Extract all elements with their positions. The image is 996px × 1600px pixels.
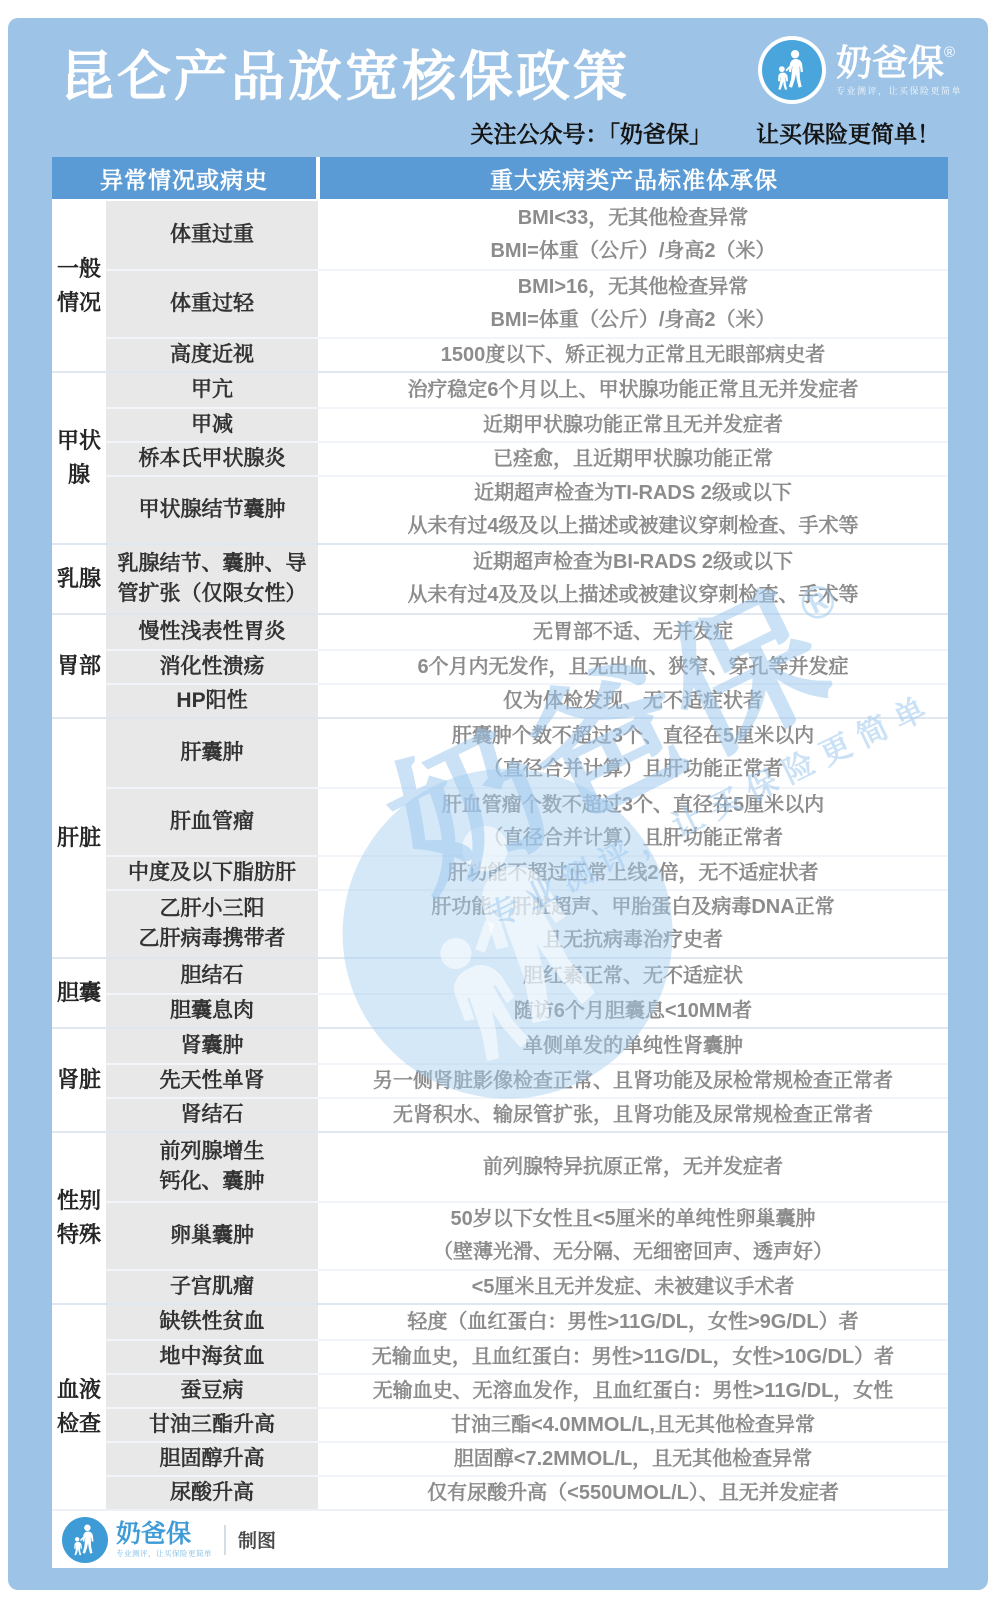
condition-line: 甲状腺结节囊肿: [139, 495, 286, 525]
table-row: 高度近视1500度以下、矫正视力正常且无眼部病史者: [106, 337, 948, 371]
table-row: 桥本氏甲状腺炎已痊愈，且近期甲状腺功能正常: [106, 441, 948, 475]
criteria-cell: 肝功能不超过正常上线2倍，无不适症状者: [318, 857, 948, 889]
criteria-line: 仅有尿酸升高（<550UMOL/L）、且无并发症者: [427, 1477, 839, 1510]
group-label: 甲状腺: [52, 373, 106, 543]
table-row: 乳腺结节、囊肿、导管扩张（仅限女性）近期超声检查为BI-RADS 2级或以下从未…: [106, 545, 948, 613]
criteria-cell: 胆红素正常、无不适症状: [318, 959, 948, 993]
condition-cell: 中度及以下脂肪肝: [106, 857, 318, 889]
criteria-line: 6个月内无发作，且无出血、狭窄、穿孔等并发症: [417, 651, 848, 684]
condition-line: 高度近视: [170, 340, 254, 370]
criteria-cell: 仅为体检发现、无不适症状者: [318, 685, 948, 717]
footer-dad-child-icon: [62, 1517, 108, 1563]
table-header-row: 异常情况或病史 重大疾病类产品标准体承保: [52, 157, 948, 199]
condition-cell: 高度近视: [106, 339, 318, 371]
condition-line: 卵巢囊肿: [170, 1221, 254, 1251]
condition-cell: 前列腺增生钙化、囊肿: [106, 1133, 318, 1201]
table-row: 前列腺增生钙化、囊肿前列腺特异抗原正常，无并发症者: [106, 1133, 948, 1201]
table-row: 慢性浅表性胃炎无胃部不适、无并发症: [106, 615, 948, 649]
table-row: 胆固醇升高胆固醇<7.2MMOL/L，且无其他检查异常: [106, 1441, 948, 1475]
condition-cell: 胆固醇升高: [106, 1443, 318, 1475]
registered-mark: ®: [944, 44, 955, 61]
condition-cell: 桥本氏甲状腺炎: [106, 443, 318, 475]
condition-cell: 甲减: [106, 409, 318, 441]
criteria-cell: 轻度（血红蛋白：男性>11G/DL，女性>9G/DL）者: [318, 1305, 948, 1339]
subtitle-prefix: 关注公众号：「奶爸保」: [471, 116, 713, 149]
footer-brand-name: 奶爸保: [116, 1521, 212, 1547]
condition-line: 肝血管瘤: [170, 807, 254, 837]
criteria-line: 已痊愈，且近期甲状腺功能正常: [493, 443, 773, 476]
table-row: 胆囊息肉随访6个月胆囊息<10MM者: [106, 993, 948, 1027]
condition-line: 甲减: [191, 410, 233, 440]
condition-line: 尿酸升高: [170, 1478, 254, 1508]
criteria-line: 无胃部不适、无并发症: [533, 616, 733, 649]
page-title: 昆仑产品放宽核保政策: [60, 34, 630, 111]
criteria-cell: <5厘米且无并发症、未被建议手术者: [318, 1271, 948, 1303]
criteria-line: 单侧单发的单纯性肾囊肿: [523, 1030, 743, 1063]
table-panel: 异常情况或病史 重大疾病类产品标准体承保 一般情况体重过重BMI<33，无其他检…: [52, 157, 948, 1568]
condition-line: 地中海贫血: [160, 1342, 265, 1372]
condition-line: 中度及以下脂肪肝: [128, 858, 296, 888]
table-row: 肾结石无肾积水、输尿管扩张，且肾功能及尿常规检查正常者: [106, 1097, 948, 1131]
criteria-line: BMI<33，无其他检查异常: [518, 202, 749, 235]
condition-cell: 先天性单肾: [106, 1065, 318, 1097]
criteria-line: 从未有过4级及以上描述或被建议穿刺检查、手术等: [407, 510, 858, 543]
criteria-line: 轻度（血红蛋白：男性>11G/DL，女性>9G/DL）者: [407, 1306, 858, 1339]
condition-cell: 慢性浅表性胃炎: [106, 615, 318, 649]
table-row: 肝囊肿肝囊肿个数不超过3个、直径在5厘米以内（直径合并计算）且肝功能正常者: [106, 719, 948, 787]
criteria-cell: 近期甲状腺功能正常且无并发症者: [318, 409, 948, 441]
criteria-line: 肝功能、肝脏超声、甲胎蛋白及病毒DNA正常: [431, 891, 834, 924]
table-row: 地中海贫血无输血史，且血红蛋白：男性>11G/DL，女性>10G/DL）者: [106, 1339, 948, 1373]
table-group: 性别特殊前列腺增生钙化、囊肿前列腺特异抗原正常，无并发症者卵巢囊肿50岁以下女性…: [52, 1131, 948, 1303]
footer-credit-label: 制图: [238, 1526, 276, 1553]
condition-line: 子宫肌瘤: [170, 1272, 254, 1302]
group-label: 性别特殊: [52, 1133, 106, 1303]
criteria-cell: 1500度以下、矫正视力正常且无眼部病史者: [318, 339, 948, 371]
criteria-cell: 仅有尿酸升高（<550UMOL/L）、且无并发症者: [318, 1477, 948, 1509]
condition-cell: 乙肝小三阳乙肝病毒携带者: [106, 891, 318, 957]
table-row: 体重过重BMI<33，无其他检查异常BMI=体重（公斤）/身高2（米）: [106, 201, 948, 269]
criteria-cell: 近期超声检查为TI-RADS 2级或以下从未有过4级及以上描述或被建议穿刺检查、…: [318, 477, 948, 543]
footer-bar: 奶爸保 专业测评，让买保险更简单 制图: [52, 1509, 948, 1568]
group-label: 肝脏: [52, 719, 106, 957]
criteria-line: 近期超声检查为TI-RADS 2级或以下: [474, 477, 792, 510]
dad-child-icon: [762, 40, 822, 100]
condition-cell: 肾结石: [106, 1099, 318, 1131]
criteria-cell: 治疗稳定6个月以上、甲状腺功能正常且无并发症者: [318, 373, 948, 407]
condition-cell: 甲亢: [106, 373, 318, 407]
condition-line: 前列腺增生: [160, 1137, 265, 1167]
criteria-cell: 肝功能、肝脏超声、甲胎蛋白及病毒DNA正常且无抗病毒治疗史者: [318, 891, 948, 957]
group-label: 乳腺: [52, 545, 106, 613]
condition-cell: 地中海贫血: [106, 1341, 318, 1373]
condition-line: 慢性浅表性胃炎: [139, 617, 286, 647]
table-row: 甲亢治疗稳定6个月以上、甲状腺功能正常且无并发症者: [106, 373, 948, 407]
criteria-cell: 肝囊肿个数不超过3个、直径在5厘米以内（直径合并计算）且肝功能正常者: [318, 719, 948, 787]
criteria-line: 无肾积水、输尿管扩张，且肾功能及尿常规检查正常者: [393, 1099, 873, 1132]
condition-line: HP阳性: [176, 686, 247, 716]
condition-cell: 甘油三酯升高: [106, 1409, 318, 1441]
table-row: 甲状腺结节囊肿近期超声检查为TI-RADS 2级或以下从未有过4级及以上描述或被…: [106, 475, 948, 543]
criteria-line: <5厘米且无并发症、未被建议手术者: [472, 1271, 795, 1304]
criteria-line: 胆固醇<7.2MMOL/L，且无其他检查异常: [454, 1443, 812, 1476]
criteria-line: 肝血管瘤个数不超过3个、直径在5厘米以内: [442, 789, 824, 822]
condition-line: 体重过重: [170, 220, 254, 250]
criteria-line: 1500度以下、矫正视力正常且无眼部病史者: [441, 339, 826, 372]
condition-line: 钙化、囊肿: [160, 1167, 265, 1197]
condition-cell: 尿酸升高: [106, 1477, 318, 1509]
group-label: 一般情况: [52, 201, 106, 371]
brand-logo-ring: [758, 36, 826, 104]
table-group: 甲状腺甲亢治疗稳定6个月以上、甲状腺功能正常且无并发症者甲减近期甲状腺功能正常且…: [52, 371, 948, 543]
condition-line: 肾囊肿: [181, 1031, 244, 1061]
criteria-line: 无输血史，且血红蛋白：男性>11G/DL，女性>10G/DL）者: [372, 1341, 894, 1374]
criteria-cell: 甘油三酯<4.0MMOL/L,且无其他检查异常: [318, 1409, 948, 1441]
table-group: 胃部慢性浅表性胃炎无胃部不适、无并发症消化性溃疡6个月内无发作，且无出血、狭窄、…: [52, 613, 948, 717]
criteria-cell: BMI<33，无其他检查异常BMI=体重（公斤）/身高2（米）: [318, 201, 948, 269]
table-row: 缺铁性贫血轻度（血红蛋白：男性>11G/DL，女性>9G/DL）者: [106, 1305, 948, 1339]
condition-line: 甲亢: [191, 375, 233, 405]
condition-cell: 子宫肌瘤: [106, 1271, 318, 1303]
criteria-line: 50岁以下女性且<5厘米的单纯性卵巢囊肿: [450, 1203, 815, 1236]
criteria-line: 近期超声检查为BI-RADS 2级或以下: [473, 546, 793, 579]
footer-divider: [224, 1525, 226, 1555]
condition-line: 体重过轻: [170, 289, 254, 319]
table-group: 肾脏肾囊肿单侧单发的单纯性肾囊肿先天性单肾另一侧肾脏影像检查正常、且肾功能及尿检…: [52, 1027, 948, 1131]
brand-logo-top: 奶爸保® 专业测评，让买保险更简单: [758, 36, 962, 104]
condition-line: 胆囊息肉: [170, 996, 254, 1026]
criteria-cell: 无肾积水、输尿管扩张，且肾功能及尿常规检查正常者: [318, 1099, 948, 1131]
criteria-cell: 无输血史、无溶血发作，且血红蛋白：男性>11G/DL，女性: [318, 1375, 948, 1407]
criteria-line: 治疗稳定6个月以上、甲状腺功能正常且无并发症者: [407, 374, 858, 407]
criteria-line: 另一侧肾脏影像检查正常、且肾功能及尿检常规检查正常者: [373, 1065, 893, 1098]
table-row: 甲减近期甲状腺功能正常且无并发症者: [106, 407, 948, 441]
criteria-line: 且无抗病毒治疗史者: [543, 924, 723, 957]
criteria-cell: 已痊愈，且近期甲状腺功能正常: [318, 443, 948, 475]
table-group: 一般情况体重过重BMI<33，无其他检查异常BMI=体重（公斤）/身高2（米）体…: [52, 201, 948, 371]
condition-line: 乳腺结节、囊肿、导: [118, 549, 307, 579]
brand-text-block: 奶爸保® 专业测评，让买保险更简单: [836, 43, 962, 96]
infographic-page: { "header": { "title": "昆仑产品放宽核保政策", "br…: [0, 0, 996, 1600]
condition-line: 缺铁性贫血: [160, 1307, 265, 1337]
criteria-line: 从未有过4及及以上描述或被建议穿刺检查、手术等: [407, 579, 858, 612]
criteria-line: 甘油三酯<4.0MMOL/L,且无其他检查异常: [451, 1409, 815, 1442]
table-group: 胆囊胆结石胆红素正常、无不适症状胆囊息肉随访6个月胆囊息<10MM者: [52, 957, 948, 1027]
table-body: 一般情况体重过重BMI<33，无其他检查异常BMI=体重（公斤）/身高2（米）体…: [52, 201, 948, 1509]
criteria-line: （直径合并计算）且肝功能正常者: [483, 822, 783, 855]
condition-cell: HP阳性: [106, 685, 318, 717]
condition-cell: 消化性溃疡: [106, 651, 318, 683]
table-row: 尿酸升高仅有尿酸升高（<550UMOL/L）、且无并发症者: [106, 1475, 948, 1509]
criteria-cell: 6个月内无发作，且无出血、狭窄、穿孔等并发症: [318, 651, 948, 683]
criteria-line: 仅为体检发现、无不适症状者: [503, 685, 763, 718]
table-row: 子宫肌瘤<5厘米且无并发症、未被建议手术者: [106, 1269, 948, 1303]
table-row: 体重过轻BMI>16，无其他检查异常BMI=体重（公斤）/身高2（米）: [106, 269, 948, 337]
table-row: 肝血管瘤肝血管瘤个数不超过3个、直径在5厘米以内（直径合并计算）且肝功能正常者: [106, 787, 948, 855]
condition-cell: 肝血管瘤: [106, 789, 318, 855]
criteria-cell: 无胃部不适、无并发症: [318, 615, 948, 649]
condition-cell: 体重过轻: [106, 271, 318, 337]
condition-line: 乙肝病毒携带者: [139, 924, 286, 954]
criteria-line: BMI=体重（公斤）/身高2（米）: [490, 304, 775, 337]
group-label: 血液检查: [52, 1305, 106, 1509]
criteria-cell: 另一侧肾脏影像检查正常、且肾功能及尿检常规检查正常者: [318, 1065, 948, 1097]
condition-cell: 蚕豆病: [106, 1375, 318, 1407]
table-row: HP阳性仅为体检发现、无不适症状者: [106, 683, 948, 717]
condition-cell: 卵巢囊肿: [106, 1203, 318, 1269]
table-row: 乙肝小三阳乙肝病毒携带者肝功能、肝脏超声、甲胎蛋白及病毒DNA正常且无抗病毒治疗…: [106, 889, 948, 957]
brand-tagline: 专业测评，让买保险更简单: [836, 87, 962, 97]
condition-line: 先天性单肾: [160, 1066, 265, 1096]
condition-cell: 肾囊肿: [106, 1029, 318, 1063]
criteria-cell: 前列腺特异抗原正常，无并发症者: [318, 1133, 948, 1201]
condition-line: 肝囊肿: [181, 738, 244, 768]
table-row: 中度及以下脂肪肝肝功能不超过正常上线2倍，无不适症状者: [106, 855, 948, 889]
subtitle: 关注公众号：「奶爸保」 让买保险更简单！: [471, 116, 941, 149]
criteria-line: 随访6个月胆囊息<10MM者: [514, 995, 752, 1028]
criteria-line: （壁薄光滑、无分隔、无细密回声、透声好）: [433, 1236, 833, 1269]
table-row: 消化性溃疡6个月内无发作，且无出血、狭窄、穿孔等并发症: [106, 649, 948, 683]
table-group: 肝脏肝囊肿肝囊肿个数不超过3个、直径在5厘米以内（直径合并计算）且肝功能正常者肝…: [52, 717, 948, 957]
criteria-cell: 无输血史，且血红蛋白：男性>11G/DL，女性>10G/DL）者: [318, 1341, 948, 1373]
condition-line: 肾结石: [181, 1100, 244, 1130]
condition-cell: 体重过重: [106, 201, 318, 269]
criteria-cell: 单侧单发的单纯性肾囊肿: [318, 1029, 948, 1063]
footer-brand-tagline: 专业测评，让买保险更简单: [116, 1550, 212, 1558]
table-group: 血液检查缺铁性贫血轻度（血红蛋白：男性>11G/DL，女性>9G/DL）者地中海…: [52, 1303, 948, 1509]
condition-line: 消化性溃疡: [160, 652, 265, 682]
criteria-cell: BMI>16，无其他检查异常BMI=体重（公斤）/身高2（米）: [318, 271, 948, 337]
table-row: 先天性单肾另一侧肾脏影像检查正常、且肾功能及尿检常规检查正常者: [106, 1063, 948, 1097]
table-row: 甘油三酯升高甘油三酯<4.0MMOL/L,且无其他检查异常: [106, 1407, 948, 1441]
table-row: 胆结石胆红素正常、无不适症状: [106, 959, 948, 993]
subtitle-suffix: 让买保险更简单！: [756, 116, 940, 149]
criteria-line: 肝囊肿个数不超过3个、直径在5厘米以内: [452, 720, 814, 753]
table-group: 乳腺乳腺结节、囊肿、导管扩张（仅限女性）近期超声检查为BI-RADS 2级或以下…: [52, 543, 948, 613]
criteria-cell: 50岁以下女性且<5厘米的单纯性卵巢囊肿（壁薄光滑、无分隔、无细密回声、透声好）: [318, 1203, 948, 1269]
criteria-line: 肝功能不超过正常上线2倍，无不适症状者: [447, 857, 818, 890]
criteria-line: BMI>16，无其他检查异常: [518, 271, 749, 304]
condition-line: 甘油三酯升高: [149, 1410, 275, 1440]
table-row: 肾囊肿单侧单发的单纯性肾囊肿: [106, 1029, 948, 1063]
criteria-line: 无输血史、无溶血发作，且血红蛋白：男性>11G/DL，女性: [373, 1375, 894, 1408]
condition-cell: 肝囊肿: [106, 719, 318, 787]
condition-cell: 胆结石: [106, 959, 318, 993]
condition-line: 乙肝小三阳: [160, 894, 265, 924]
group-label: 胃部: [52, 615, 106, 717]
criteria-cell: 随访6个月胆囊息<10MM者: [318, 995, 948, 1027]
criteria-cell: 肝血管瘤个数不超过3个、直径在5厘米以内（直径合并计算）且肝功能正常者: [318, 789, 948, 855]
criteria-line: 前列腺特异抗原正常，无并发症者: [483, 1151, 783, 1184]
condition-cell: 甲状腺结节囊肿: [106, 477, 318, 543]
condition-line: 蚕豆病: [181, 1376, 244, 1406]
column-header-criteria: 重大疾病类产品标准体承保: [320, 157, 948, 199]
table-row: 卵巢囊肿50岁以下女性且<5厘米的单纯性卵巢囊肿（壁薄光滑、无分隔、无细密回声、…: [106, 1201, 948, 1269]
criteria-line: BMI=体重（公斤）/身高2（米）: [490, 235, 775, 268]
criteria-cell: 近期超声检查为BI-RADS 2级或以下从未有过4及及以上描述或被建议穿刺检查、…: [318, 545, 948, 613]
footer-brand-block: 奶爸保 专业测评，让买保险更简单: [116, 1521, 212, 1558]
condition-line: 管扩张（仅限女性）: [118, 579, 307, 609]
condition-line: 桥本氏甲状腺炎: [139, 444, 286, 474]
condition-cell: 乳腺结节、囊肿、导管扩张（仅限女性）: [106, 545, 318, 613]
brand-name: 奶爸保®: [836, 43, 962, 83]
group-label: 肾脏: [52, 1029, 106, 1131]
condition-cell: 胆囊息肉: [106, 995, 318, 1027]
condition-cell: 缺铁性贫血: [106, 1305, 318, 1339]
criteria-cell: 胆固醇<7.2MMOL/L，且无其他检查异常: [318, 1443, 948, 1475]
column-header-condition: 异常情况或病史: [52, 157, 316, 199]
condition-line: 胆结石: [181, 961, 244, 991]
criteria-line: 胆红素正常、无不适症状: [523, 960, 743, 993]
criteria-line: （直径合并计算）且肝功能正常者: [483, 753, 783, 786]
criteria-line: 近期甲状腺功能正常且无并发症者: [483, 409, 783, 442]
condition-line: 胆固醇升高: [160, 1444, 265, 1474]
table-row: 蚕豆病无输血史、无溶血发作，且血红蛋白：男性>11G/DL，女性: [106, 1373, 948, 1407]
group-label: 胆囊: [52, 959, 106, 1027]
